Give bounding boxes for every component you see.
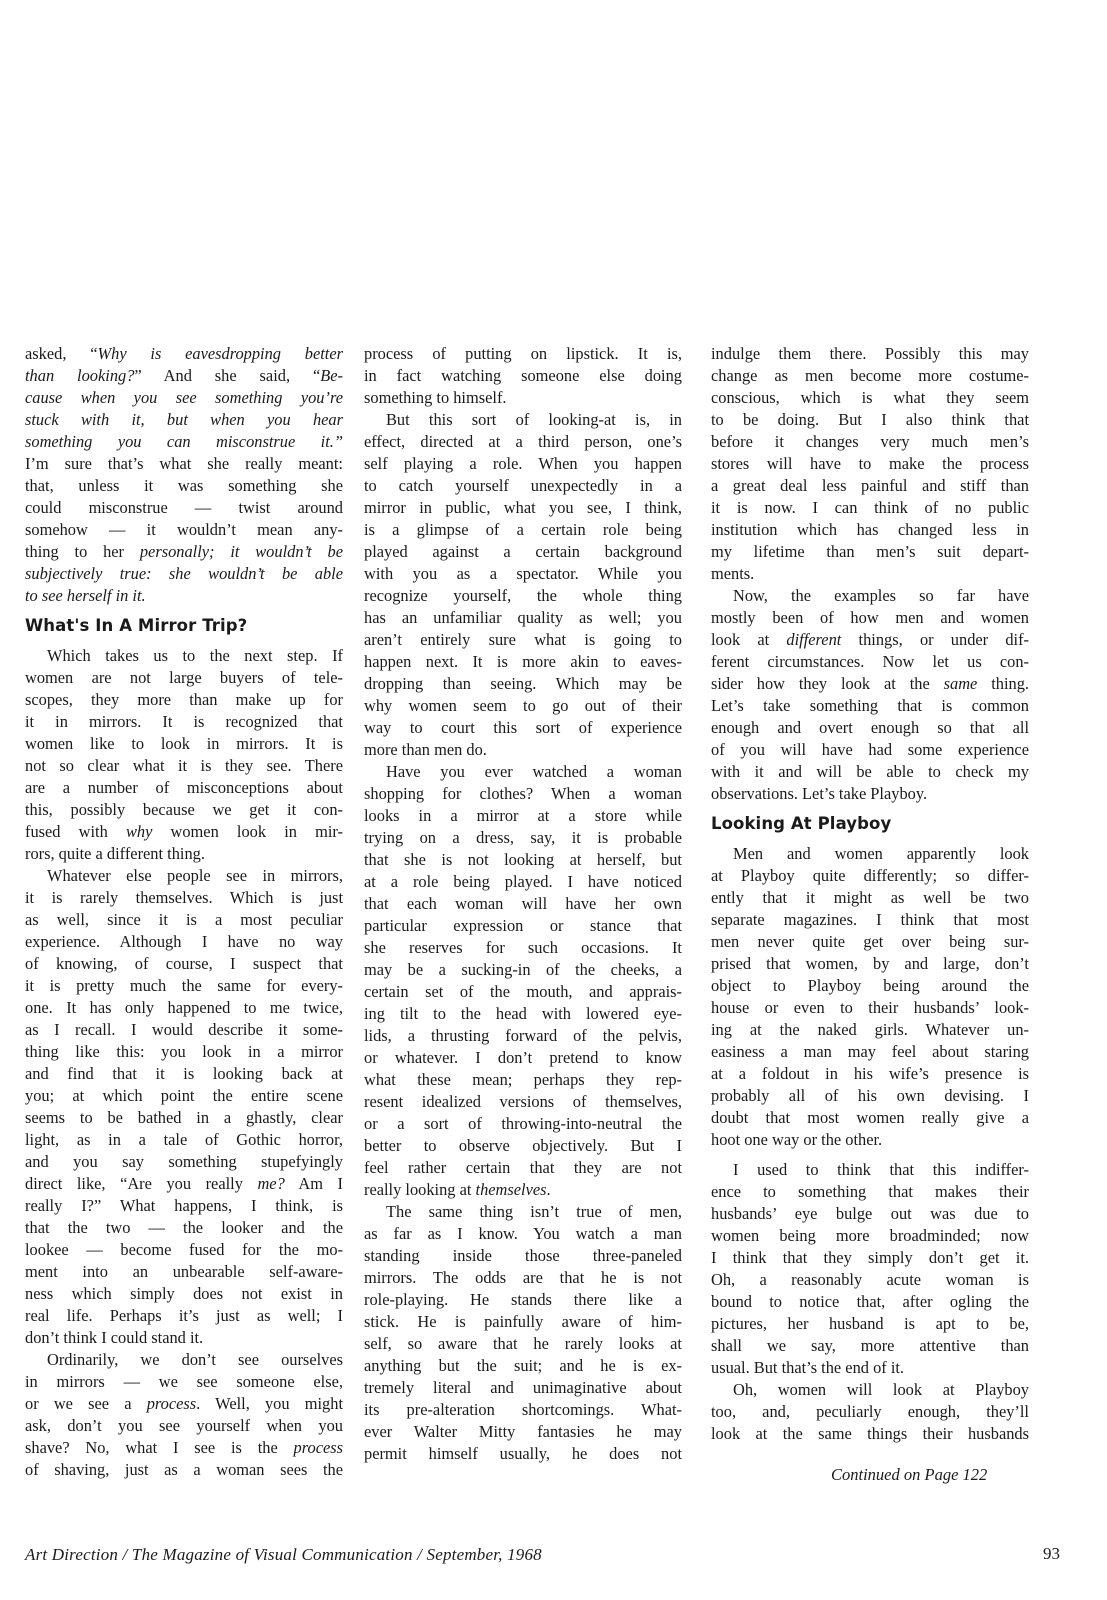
- text-line: happen next. It is more akin to eaves-: [364, 651, 682, 673]
- text-line: are a number of misconceptions about: [25, 777, 343, 799]
- text-line: look at the same things their husbands: [711, 1423, 1029, 1445]
- text-line: Let’s take something that is common: [711, 695, 1029, 717]
- text-line: somehow — it wouldn’t mean any-: [25, 519, 343, 541]
- text-line: thing to her personally; it wouldn’t be: [25, 541, 343, 563]
- text-line: it is pretty much the same for every-: [25, 975, 343, 997]
- text-line: that, unless it was something she: [25, 475, 343, 497]
- text-line: something you can misconstrue it.”: [25, 431, 343, 453]
- text-line: hoot one way or the other.: [711, 1129, 1029, 1151]
- text-line: seems to be bathed in a ghastly, clear: [25, 1107, 343, 1129]
- text-line: mostly been of how men and women: [711, 607, 1029, 629]
- text-line: of shaving, just as a woman sees the: [25, 1459, 343, 1481]
- text-line: lids, a thrusting forward of the pelvis,: [364, 1025, 682, 1047]
- text-line: process of putting on lipstick. It is,: [364, 343, 682, 365]
- article-paragraph: Men and women apparently lookat Playboy …: [711, 843, 1029, 1151]
- article-paragraph: I used to think that this indiffer-ence …: [711, 1159, 1029, 1379]
- text-line: as far as I know. You watch a man: [364, 1223, 682, 1245]
- text-line: mirrors. The odds are that he is not: [364, 1267, 682, 1289]
- text-line: role-playing. He stands there like a: [364, 1289, 682, 1311]
- text-line: conscious, which is what they seem: [711, 387, 1029, 409]
- text-line: its pre-alteration shortcomings. What-: [364, 1399, 682, 1421]
- text-line: shave? No, what I see is the process: [25, 1437, 343, 1459]
- text-line: husbands’ eye bulge out was due to: [711, 1203, 1029, 1225]
- text-line: Have you ever watched a woman: [364, 761, 682, 783]
- text-line: at Playboy quite differently; so differ-: [711, 865, 1029, 887]
- text-line: lookee — become fused for the mo-: [25, 1239, 343, 1261]
- text-line: a great deal less painful and stiff than: [711, 475, 1029, 497]
- text-line: The same thing isn’t true of men,: [364, 1201, 682, 1223]
- text-line: stick. He is painfully aware of him-: [364, 1311, 682, 1333]
- text-line: object to Playboy being around the: [711, 975, 1029, 997]
- text-line: to see herself in it.: [25, 585, 343, 607]
- text-line: permit himself usually, he does not: [364, 1443, 682, 1465]
- page-number: 93: [1043, 1544, 1060, 1564]
- text-line: Which takes us to the next step. If: [25, 645, 343, 667]
- text-line: and you say something stupefyingly: [25, 1151, 343, 1173]
- text-line: before it changes very much men’s: [711, 431, 1029, 453]
- text-line: men never quite get over being sur-: [711, 931, 1029, 953]
- text-line: ment into an unbearable self-aware-: [25, 1261, 343, 1283]
- text-line: aren’t entirely sure what is going to: [364, 629, 682, 651]
- text-line: has an unfamiliar quality as well; you: [364, 607, 682, 629]
- text-line: may be a sucking-in of the cheeks, a: [364, 959, 682, 981]
- text-line: Men and women apparently look: [711, 843, 1029, 865]
- text-line: ferent circumstances. Now let us con-: [711, 651, 1029, 673]
- text-line: scopes, they more than make up for: [25, 689, 343, 711]
- article-paragraph: process of putting on lipstick. It is,in…: [364, 343, 682, 409]
- text-line: that each woman will have her own: [364, 893, 682, 915]
- text-line: resent idealized versions of themselves,: [364, 1091, 682, 1113]
- text-line: of you will have had some experience: [711, 739, 1029, 761]
- text-line: self playing a role. When you happen: [364, 453, 682, 475]
- text-line: effect, directed at a third person, one’…: [364, 431, 682, 453]
- article-paragraph: Have you ever watched a womanshopping fo…: [364, 761, 682, 1201]
- text-line: look at different things, or under dif-: [711, 629, 1029, 651]
- text-line: standing inside those three-paneled: [364, 1245, 682, 1267]
- text-line: that the two — the looker and the: [25, 1217, 343, 1239]
- text-line: and find that it is looking back at: [25, 1063, 343, 1085]
- text-line: could misconstrue — twist around: [25, 497, 343, 519]
- text-line: mirror in public, what you see, I think,: [364, 497, 682, 519]
- text-line: separate magazines. I think that most: [711, 909, 1029, 931]
- text-line: shopping for clothes? When a woman: [364, 783, 682, 805]
- text-line: real life. Perhaps it’s just as well; I: [25, 1305, 343, 1327]
- text-line: change as men become more costume-: [711, 365, 1029, 387]
- text-line: or we see a process. Well, you might: [25, 1393, 343, 1415]
- text-line: ing tilt to the head with lowered eye-: [364, 1003, 682, 1025]
- text-line: one. It has only happened to me twice,: [25, 997, 343, 1019]
- text-line: Now, the examples so far have: [711, 585, 1029, 607]
- text-line: thing like this: you look in a mirror: [25, 1041, 343, 1063]
- text-line: ments.: [711, 563, 1029, 585]
- text-line: this, possibly because we get it con-: [25, 799, 343, 821]
- text-line: light, as in a tale of Gothic horror,: [25, 1129, 343, 1151]
- text-line: ever Walter Mitty fantasies he may: [364, 1421, 682, 1443]
- text-line: don’t think I could stand it.: [25, 1327, 343, 1349]
- text-line: as I recall. I would describe it some-: [25, 1019, 343, 1041]
- text-line: I used to think that this indiffer-: [711, 1159, 1029, 1181]
- text-line: self, so aware that he rarely looks at: [364, 1333, 682, 1355]
- text-line: direct like, “Are you really me? Am I: [25, 1173, 343, 1195]
- text-line: my lifetime than men’s suit depart-: [711, 541, 1029, 563]
- text-line: particular expression or stance that: [364, 915, 682, 937]
- text-line: observations. Let’s take Playboy.: [711, 783, 1029, 805]
- text-line: women like to look in mirrors. It is: [25, 733, 343, 755]
- text-line: doubt that most women really give a: [711, 1107, 1029, 1129]
- text-line: pictures, her husband is apt to be,: [711, 1313, 1029, 1335]
- text-line: stuck with it, but when you hear: [25, 409, 343, 431]
- text-line: But this sort of looking-at is, in: [364, 409, 682, 431]
- text-line: easiness a man may feel about staring: [711, 1041, 1029, 1063]
- text-line: or whatever. I don’t pretend to know: [364, 1047, 682, 1069]
- text-line: Oh, women will look at Playboy: [711, 1379, 1029, 1401]
- text-line: as well, since it is a most peculiar: [25, 909, 343, 931]
- text-line: Whatever else people see in mirrors,: [25, 865, 343, 887]
- text-line: stores will have to make the process: [711, 453, 1029, 475]
- text-line: women are not large buyers of tele-: [25, 667, 343, 689]
- article-paragraph: indulge them there. Possibly this maycha…: [711, 343, 1029, 585]
- continued-note: Continued on Page 122: [831, 1465, 987, 1485]
- text-line: ing at the naked girls. Whatever un-: [711, 1019, 1029, 1041]
- text-line: institution which has changed less in: [711, 519, 1029, 541]
- text-line: I think that they simply don’t get it.: [711, 1247, 1029, 1269]
- text-line: subjectively true: she wouldn’t be able: [25, 563, 343, 585]
- text-line: she reserves for such occasions. It: [364, 937, 682, 959]
- text-line: recognize yourself, the whole thing: [364, 585, 682, 607]
- text-line: experience. Although I have no way: [25, 931, 343, 953]
- text-line: ask, don’t you see yourself when you: [25, 1415, 343, 1437]
- text-line: ence to something that makes their: [711, 1181, 1029, 1203]
- text-line: tremely literal and unimaginative about: [364, 1377, 682, 1399]
- text-line: women being more broadminded; now: [711, 1225, 1029, 1247]
- article-paragraph: The same thing isn’t true of men,as far …: [364, 1201, 682, 1465]
- text-line: too, and, peculiarly enough, they’ll: [711, 1401, 1029, 1423]
- text-line: or a sort of throwing-into-neutral the: [364, 1113, 682, 1135]
- text-line: cause when you see something you’re: [25, 387, 343, 409]
- text-line: at a foldout in his wife’s presence is: [711, 1063, 1029, 1085]
- article-paragraph: Which takes us to the next step. Ifwomen…: [25, 645, 343, 865]
- publication-footer: Art Direction / The Magazine of Visual C…: [25, 1545, 542, 1565]
- text-line: ently that it might as well be two: [711, 887, 1029, 909]
- text-line: asked, “Why is eavesdropping better: [25, 343, 343, 365]
- text-line: trying on a dress, say, it is probable: [364, 827, 682, 849]
- article-paragraph: Ordinarily, we don’t see ourselvesin mir…: [25, 1349, 343, 1481]
- text-line: probably all of his own devising. I: [711, 1085, 1029, 1107]
- text-line: with it and will be able to check my: [711, 761, 1029, 783]
- text-line: what these mean; perhaps they rep-: [364, 1069, 682, 1091]
- text-line: really I?” What happens, I think, is: [25, 1195, 343, 1217]
- article-column-1: asked, “Why is eavesdropping betterthan …: [25, 343, 343, 1481]
- text-line: certain set of the mouth, and apprais-: [364, 981, 682, 1003]
- article-paragraph: asked, “Why is eavesdropping betterthan …: [25, 343, 343, 607]
- text-line: in mirrors — we see someone else,: [25, 1371, 343, 1393]
- text-line: it is rarely themselves. Which is just: [25, 887, 343, 909]
- text-line: sider how they look at the same thing.: [711, 673, 1029, 695]
- text-line: of knowing, of course, I suspect that: [25, 953, 343, 975]
- text-line: enough and overt enough so that all: [711, 717, 1029, 739]
- text-line: it is now. I can think of no public: [711, 497, 1029, 519]
- text-line: something to himself.: [364, 387, 682, 409]
- text-line: you; at which point the entire scene: [25, 1085, 343, 1107]
- text-line: prised that women, by and large, don’t: [711, 953, 1029, 975]
- text-line: more than men do.: [364, 739, 682, 761]
- text-line: I’m sure that’s what she really meant:: [25, 453, 343, 475]
- blank-top-area: [0, 0, 1107, 340]
- text-line: bound to notice that, after ogling the: [711, 1291, 1029, 1313]
- text-line: not so clear what it is they see. There: [25, 755, 343, 777]
- article-paragraph: Oh, women will look at Playboytoo, and, …: [711, 1379, 1029, 1445]
- section-heading: Looking At Playboy: [711, 813, 1029, 835]
- text-line: really looking at themselves.: [364, 1179, 682, 1201]
- article-paragraph: Now, the examples so far havemostly been…: [711, 585, 1029, 805]
- magazine-page: asked, “Why is eavesdropping betterthan …: [0, 0, 1107, 1600]
- text-line: Ordinarily, we don’t see ourselves: [25, 1349, 343, 1371]
- article-paragraph: But this sort of looking-at is, ineffect…: [364, 409, 682, 761]
- text-line: usual. But that’s the end of it.: [711, 1357, 1029, 1379]
- text-line: played against a certain background: [364, 541, 682, 563]
- text-line: that she is not looking at herself, but: [364, 849, 682, 871]
- text-line: feel rather certain that they are not: [364, 1157, 682, 1179]
- section-heading: What's In A Mirror Trip?: [25, 615, 343, 637]
- text-line: way to court this sort of experience: [364, 717, 682, 739]
- article-column-3: indulge them there. Possibly this maycha…: [711, 343, 1029, 1445]
- text-line: to be doing. But I also think that: [711, 409, 1029, 431]
- text-line: why women seem to go out of their: [364, 695, 682, 717]
- text-line: house or even to their husbands’ look-: [711, 997, 1029, 1019]
- text-line: shall we say, more attentive than: [711, 1335, 1029, 1357]
- text-line: looks in a mirror at a store while: [364, 805, 682, 827]
- text-line: ness which simply does not exist in: [25, 1283, 343, 1305]
- text-line: to catch yourself unexpectedly in a: [364, 475, 682, 497]
- text-line: than looking?” And she said, “Be-: [25, 365, 343, 387]
- text-line: it in mirrors. It is recognized that: [25, 711, 343, 733]
- text-line: Oh, a reasonably acute woman is: [711, 1269, 1029, 1291]
- article-paragraph: Whatever else people see in mirrors,it i…: [25, 865, 343, 1349]
- text-line: in fact watching someone else doing: [364, 365, 682, 387]
- text-line: is a glimpse of a certain role being: [364, 519, 682, 541]
- text-line: dropping than seeing. Which may be: [364, 673, 682, 695]
- text-line: better to observe objectively. But I: [364, 1135, 682, 1157]
- text-line: rors, quite a different thing.: [25, 843, 343, 865]
- article-column-2: process of putting on lipstick. It is,in…: [364, 343, 682, 1465]
- text-line: indulge them there. Possibly this may: [711, 343, 1029, 365]
- text-line: fused with why women look in mir-: [25, 821, 343, 843]
- text-line: at a role being played. I have noticed: [364, 871, 682, 893]
- text-line: with you as a spectator. While you: [364, 563, 682, 585]
- text-line: anything but the suit; and he is ex-: [364, 1355, 682, 1377]
